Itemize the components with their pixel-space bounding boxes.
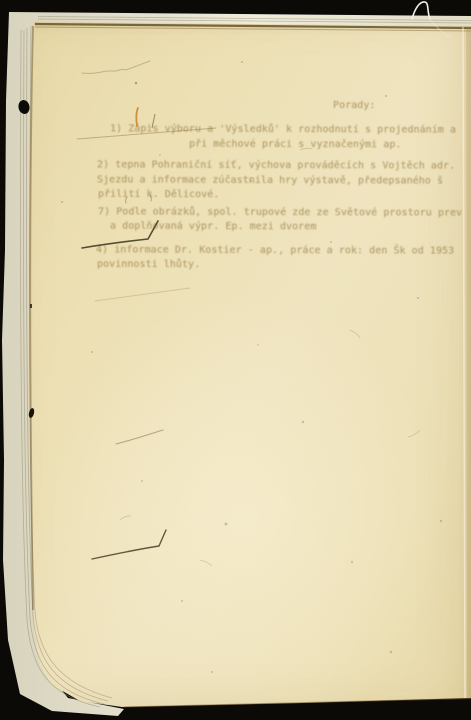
book-page-paper [0,0,471,720]
scanned-book-page-photo: Porady: 1) Zápis výboru a 'Výsledků' k r… [0,0,471,720]
